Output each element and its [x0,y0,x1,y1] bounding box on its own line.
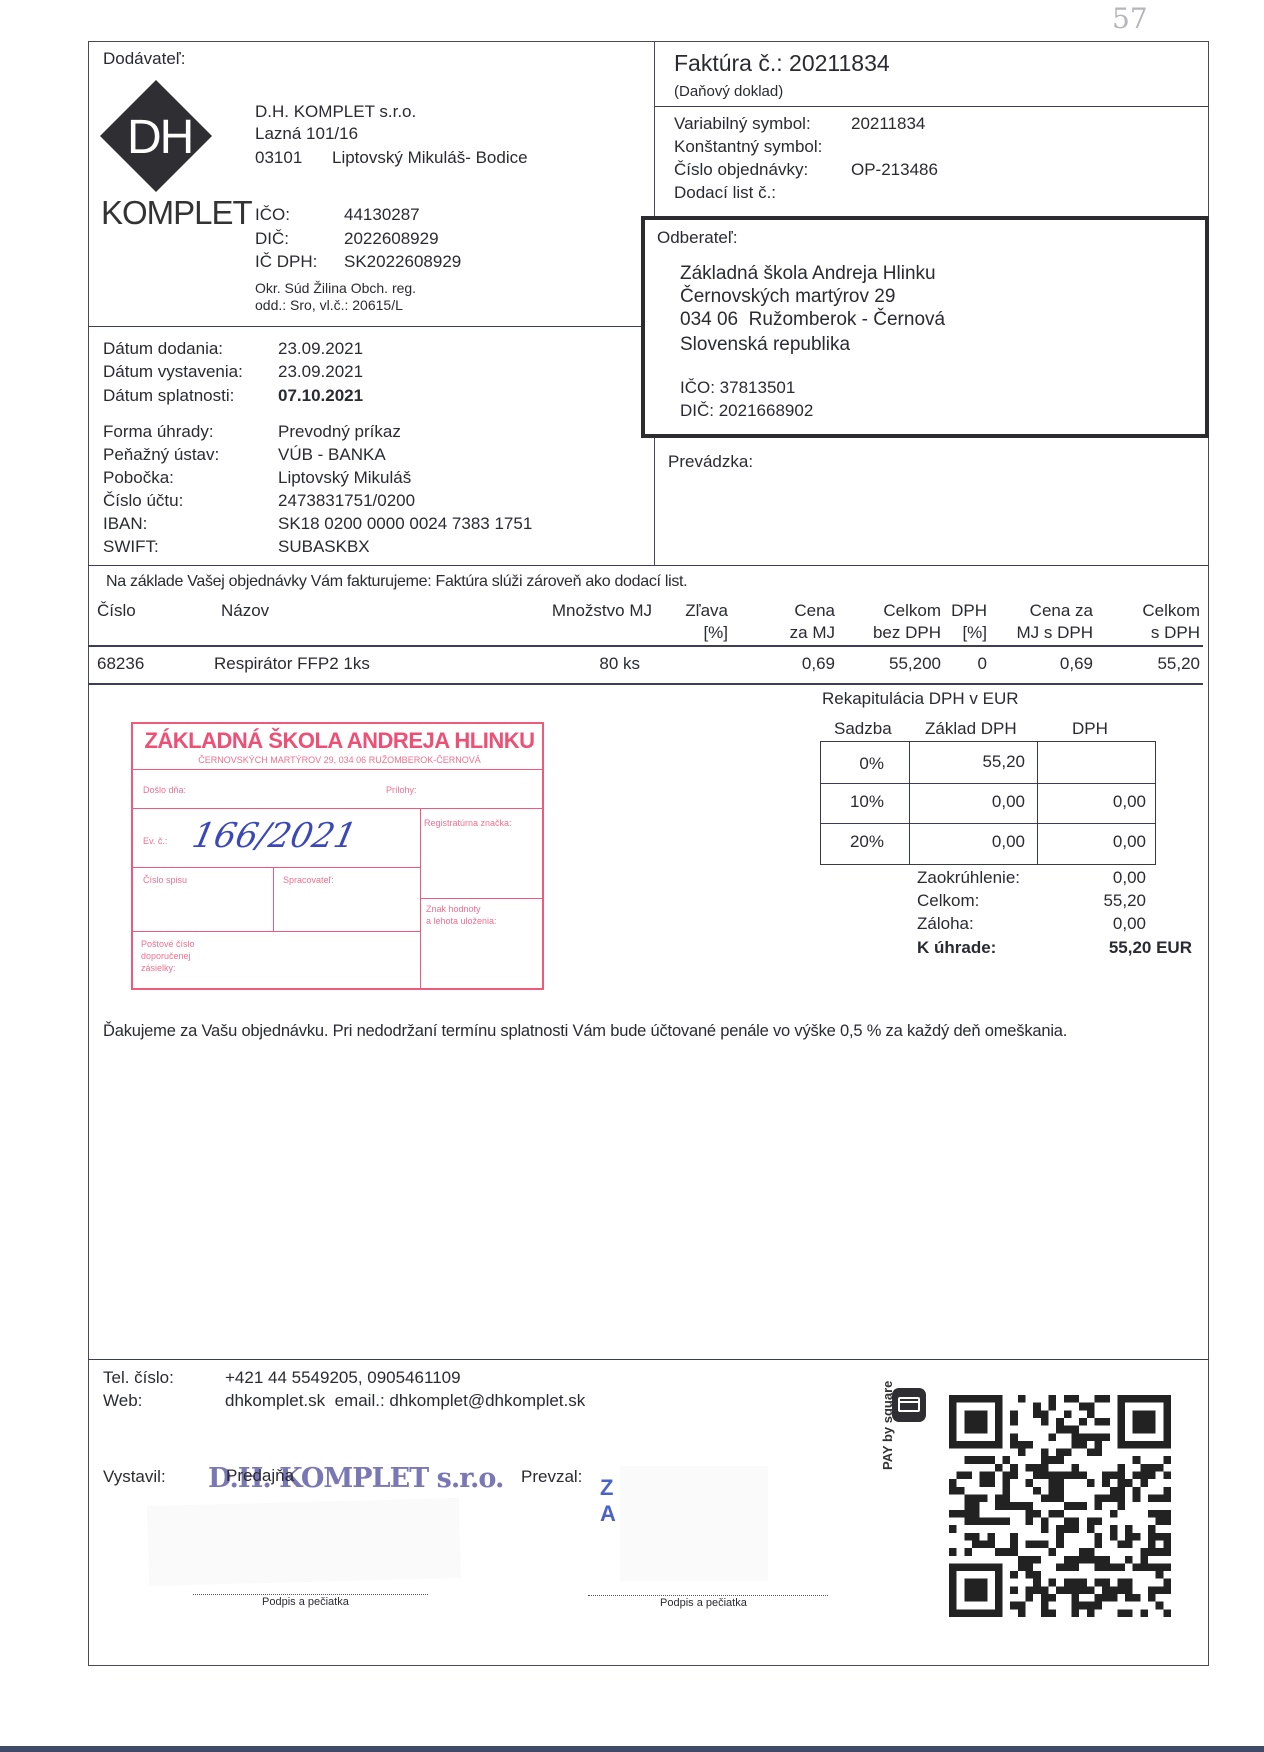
supplier-street: Lazná 101/16 [255,122,358,145]
datum-vystavenia-value: 23.09.2021 [278,360,363,383]
supplier-zip: 03101 [255,146,302,169]
stamp-cislo-spisu: Číslo spisu [143,875,187,885]
datum-splatnosti-value: 07.10.2021 [278,384,363,407]
supplier-dic-label: DIČ: [255,227,289,250]
vat-summary-title: Rekapitulácia DPH v EUR [822,689,1019,709]
receiver-signature-caption: Podpis a pečiatka [660,1597,747,1609]
iban-value: SK18 0200 0000 0024 7383 1751 [278,512,532,535]
col-header-nazov: Názov [221,600,269,622]
stamp-title: ZÁKLADNÁ ŠKOLA ANDREJA HLINKU [137,728,542,754]
invoice-title-divider [654,106,1209,107]
customer-dic: DIČ: 2021668902 [680,399,813,422]
customer-country: Slovenská republika [680,334,850,356]
k-uhrade-value: 55,20 EUR [1020,936,1192,959]
stamp-registratura: Registratúrna značka: [424,818,512,828]
table-header-line [88,645,1203,647]
zaloha-value: 0,00 [1040,912,1146,935]
row-mnozstvo: 80 ks [540,653,640,675]
variabilny-symbol-label: Variabilný symbol: [674,112,811,135]
col-header-celkom-s-2: s DPH [1110,622,1200,644]
row-cena: 0,69 [760,653,835,675]
stamp-znak-2: a lehota uloženia: [426,916,497,926]
stamp-postove-2: doporučenej [141,951,191,961]
col-header-mnozstvo: Množstvo MJ [520,600,652,622]
supplier-name: D.H. KOMPLET s.r.o. [255,100,416,123]
vat-base-1: 0,00 [910,791,1025,813]
stamp-ev-number-handwritten: 166/2021 [189,816,360,856]
swift-label: SWIFT: [103,535,159,558]
supplier-dic-value: 2022608929 [344,227,439,250]
customer-name: Základná škola Andreja Hlinku [680,263,936,285]
pay-by-square-card-icon [892,1388,926,1422]
col-header-celkom-bez-1: Celkom [850,600,941,622]
row-cena-s: 0,69 [1000,653,1093,675]
supplier-icdph-label: IČ DPH: [255,250,317,273]
datum-vystavenia-label: Dátum vystavenia: [103,360,243,383]
supplier-ico-value: 44130287 [344,203,420,226]
pay-by-square-label: PAY by square [880,1381,895,1470]
stamp-ev-c: Ev. č.: [143,836,167,846]
supplier-dates-divider [88,326,641,327]
forma-uhrady-value: Prevodný príkaz [278,420,401,443]
logo-wordmark: KOMPLET [101,194,252,232]
pobocka-label: Pobočka: [103,466,174,489]
cislo-uctu-value: 2473831751/0200 [278,489,415,512]
pobocka-value: Liptovský Mikuláš [278,466,411,489]
konstantny-symbol-label: Konštantný symbol: [674,135,822,158]
cislo-uctu-label: Číslo účtu: [103,489,183,512]
vat-base-2: 0,00 [910,831,1025,853]
column-divider-top [654,41,655,216]
supplier-icdph-value: SK2022608929 [344,250,461,273]
stamp-spracovatel: Spracovateľ: [283,875,334,885]
datum-splatnosti-label: Dátum splatnosti: [103,384,234,407]
invoice-title: Faktúra č.: 20211834 [674,50,890,77]
vat-value-2: 0,00 [1040,831,1146,853]
vat-header-zaklad: Základ DPH [925,717,1017,740]
customer-ico: IČO: 37813501 [680,376,795,399]
issued-by-value: Predajňa [226,1464,294,1487]
col-header-zlava-1: Zľava [660,600,728,622]
col-header-cena-2: za MJ [760,622,835,644]
received-by-label: Prevzal: [521,1465,582,1488]
forma-uhrady-label: Forma úhrady: [103,420,214,443]
thanks-note: Ďakujeme za Vašu objednávku. Pri nedodrž… [103,1021,1143,1041]
stamp-znak-1: Znak hodnoty [426,904,481,914]
row-cislo: 68236 [97,653,144,675]
penazny-ustav-label: Peňažný ústav: [103,443,219,466]
col-header-dph-1: DPH [945,600,987,622]
tel-value: +421 44 5549205, 0905461109 [225,1366,461,1389]
payment-qr-code-icon[interactable] [949,1395,1171,1617]
celkom-label: Celkom: [917,889,979,912]
customer-street: Černovských martýrov 29 [680,286,895,308]
supplier-section-label: Dodávateľ: [103,47,185,70]
web-value: dhkomplet.sk email.: dhkomplet@dhkomplet… [225,1389,585,1412]
stamp-address: ČERNOVSKÝCH MARTÝROV 29, 034 06 RUŽOMBER… [137,755,542,765]
zaokruhlenie-label: Zaokrúhlenie: [917,866,1020,889]
customer-section-label: Odberateľ: [657,226,738,249]
scan-edge [0,1746,1264,1752]
supplier-registry-1: Okr. Súd Žilina Obch. reg. [255,280,416,296]
column-divider-bottom [654,438,655,565]
stamp-postove-1: Poštové číslo [141,939,195,949]
col-header-dph-2: [%] [945,622,987,644]
row-celkom-bez: 55,200 [850,653,941,675]
col-header-celkom-s-1: Celkom [1110,600,1200,622]
col-header-cena-s-1: Cena za [1000,600,1093,622]
vat-value-1: 0,00 [1040,791,1146,813]
col-header-cena-s-2: MJ s DPH [1000,622,1093,644]
header-table-divider [88,565,1209,566]
col-header-cena-1: Cena [760,600,835,622]
received-stamp-fragment: ZA [600,1475,616,1527]
logo-initials: DH [127,110,192,165]
tel-label: Tel. číslo: [103,1366,174,1389]
iban-label: IBAN: [103,512,147,535]
invoice-subtitle: (Daňový doklad) [674,83,783,100]
receiver-signature-line [588,1595,828,1596]
vat-rate-0: 0% [820,753,884,775]
variabilny-symbol-value: 20211834 [851,112,925,135]
cislo-objednavky-label: Číslo objednávky: [674,158,808,181]
web-label: Web: [103,1389,142,1412]
supplier-ico-label: IČO: [255,203,290,226]
vat-rate-1: 10% [820,791,884,813]
school-registry-stamp: ZÁKLADNÁ ŠKOLA ANDREJA HLINKU ČERNOVSKÝC… [131,722,544,990]
stamp-prilohy: Prílohy: [386,785,417,795]
row-celkom-s: 55,20 [1110,653,1200,675]
row-dph: 0 [945,653,987,675]
zaloha-label: Záloha: [917,912,974,935]
redacted-receiver-stamp [620,1466,768,1581]
table-row-line [88,683,1203,685]
datum-dodania-label: Dátum dodania: [103,337,223,360]
vat-base-0: 55,20 [910,751,1025,773]
col-header-zlava-2: [%] [660,622,728,644]
issued-by-label: Vystavil: [103,1465,166,1488]
items-intro: Na základe Vašej objednávky Vám fakturuj… [106,573,687,591]
supplier-city: Liptovský Mikuláš- Bodice [332,146,528,169]
footer-divider [88,1359,1209,1360]
customer-city: 034 06 Ružomberok - Černová [680,309,945,331]
cislo-objednavky-value: OP-213486 [851,158,938,181]
vat-header-sadzba: Sadzba [834,717,892,740]
row-nazov: Respirátor FFP2 1ks [214,653,370,675]
premises-label: Prevádzka: [668,450,753,473]
penazny-ustav-value: VÚB - BANKA [278,443,386,466]
issuer-signature-caption: Podpis a pečiatka [262,1596,349,1608]
swift-value: SUBASKBX [278,535,370,558]
stamp-doslo-dna: Došlo dňa: [143,785,186,795]
redacted-issuer-stamp [147,1498,461,1586]
col-header-cislo: Číslo [97,600,136,622]
vat-rate-2: 20% [820,831,884,853]
dodaci-list-label: Dodací list č.: [674,181,776,204]
issuer-signature-line [193,1594,428,1595]
page-mark-handwritten: 57 [1112,2,1148,35]
col-header-celkom-bez-2: bez DPH [850,622,941,644]
stamp-postove-3: zásielky: [141,963,176,973]
celkom-value: 55,20 [1040,889,1146,912]
k-uhrade-label: K úhrade: [917,936,996,959]
supplier-registry-2: odd.: Sro, vl.č.: 20615/L [255,297,403,313]
vat-header-dph: DPH [1072,717,1108,740]
zaokruhlenie-value: 0,00 [1040,866,1146,889]
datum-dodania-value: 23.09.2021 [278,337,363,360]
